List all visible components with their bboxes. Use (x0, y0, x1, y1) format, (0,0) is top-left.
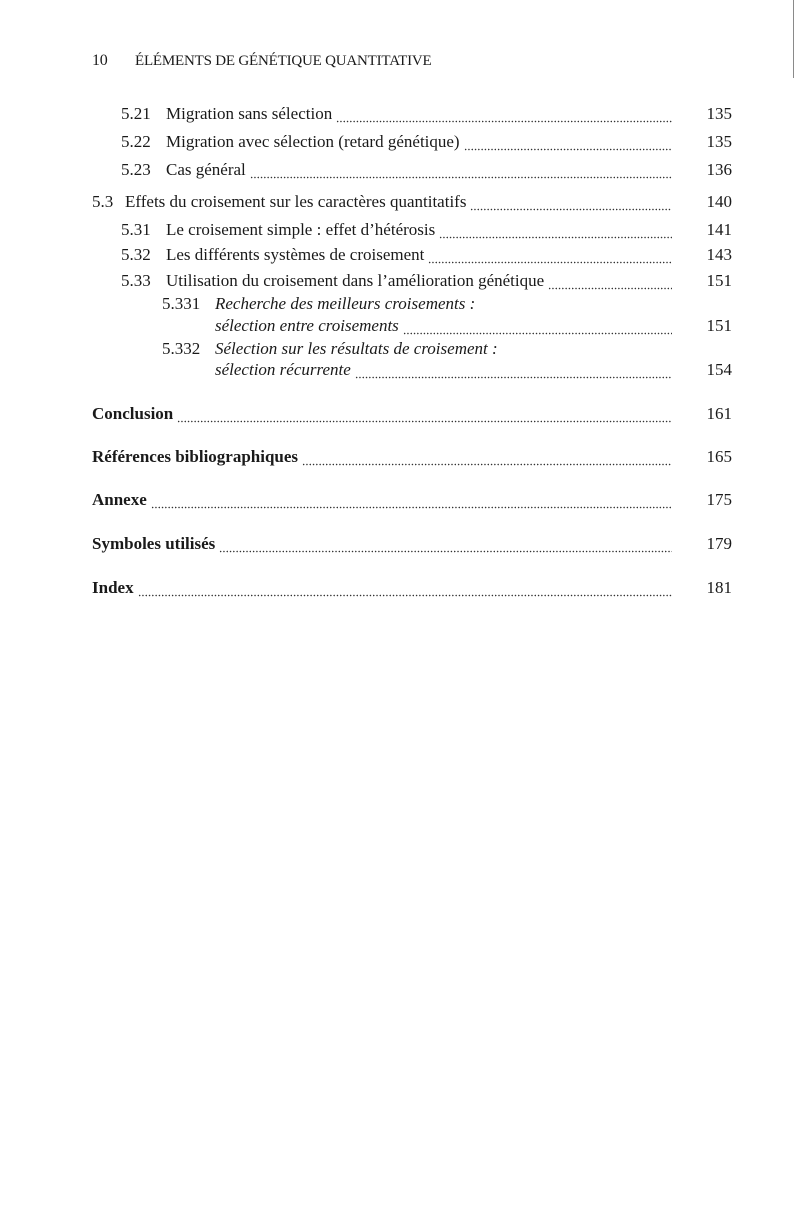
entry-title-continued: sélection récurrente (215, 360, 351, 380)
dot-leader (250, 166, 672, 180)
toc-entry-annexe[interactable]: Annexe 175 (92, 490, 732, 510)
toc-entry[interactable]: 5.33 Utilisation du croisement dans l’am… (121, 271, 732, 291)
entry-page: 161 (704, 404, 732, 424)
toc-entry[interactable]: 5.22 Migration avec sélection (retard gé… (121, 132, 732, 152)
toc-entry[interactable]: 5.23 Cas général 136 (121, 160, 732, 180)
entry-page: 151 (704, 271, 732, 291)
toc-entry-conclusion[interactable]: Conclusion 161 (92, 404, 732, 424)
toc-entry[interactable]: 5.21 Migration sans sélection 135 (121, 104, 732, 124)
entry-page: 135 (704, 132, 732, 152)
entry-title: Effets du croisement sur les caractères … (125, 192, 466, 212)
dot-leader (138, 584, 672, 598)
entry-title: Le croisement simple : effet d’hétérosis (166, 220, 435, 240)
entry-number: 5.3 (92, 192, 125, 212)
entry-title: Index (92, 578, 134, 598)
entry-number: 5.23 (121, 160, 166, 180)
entry-page: 165 (704, 447, 732, 467)
entry-number: 5.31 (121, 220, 166, 240)
entry-page: 143 (704, 245, 732, 265)
entry-page: 136 (704, 160, 732, 180)
entry-title: Sélection sur les résultats de croisemen… (215, 339, 498, 359)
entry-title: Utilisation du croisement dans l’amélior… (166, 271, 544, 291)
toc-entry[interactable]: 5.31 Le croisement simple : effet d’hété… (121, 220, 732, 240)
dot-leader (177, 410, 672, 424)
entry-title: Cas général (166, 160, 246, 180)
entry-page: 179 (704, 534, 732, 554)
dot-leader (302, 453, 672, 467)
entry-page: 135 (704, 104, 732, 124)
running-header: 10Éléments de génétique quantitative (92, 52, 432, 70)
entry-title: Migration sans sélection (166, 104, 332, 124)
dot-leader (219, 540, 672, 554)
entry-page: 175 (704, 490, 732, 510)
toc-entry-symbols[interactable]: Symboles utilisés 179 (92, 534, 732, 554)
entry-page: 140 (704, 192, 732, 212)
entry-title: Conclusion (92, 404, 173, 424)
dot-leader (470, 198, 672, 212)
toc-entry[interactable]: 5.32 Les différents systèmes de croiseme… (121, 245, 732, 265)
entry-number: 5.22 (121, 132, 166, 152)
dot-leader (439, 226, 672, 240)
dot-leader (336, 110, 672, 124)
entry-page: 154 (704, 360, 732, 380)
entry-page: 151 (704, 316, 732, 336)
entry-number: 5.21 (121, 104, 166, 124)
entry-number: 5.32 (121, 245, 166, 265)
toc-entry-references[interactable]: Références bibliographiques 165 (92, 447, 732, 467)
dot-leader (428, 251, 672, 265)
entry-number: 5.332 (162, 339, 215, 359)
entry-title: Les différents systèmes de croisement (166, 245, 424, 265)
dot-leader (151, 496, 672, 510)
entry-number: 5.33 (121, 271, 166, 291)
dot-leader (548, 277, 672, 291)
page-number: 10 (92, 52, 135, 70)
dot-leader (464, 138, 672, 152)
toc-entry-line2[interactable]: sélection entre croisements 151 (215, 316, 732, 336)
book-title: Éléments de génétique quantitative (135, 53, 432, 69)
toc-entry-line2[interactable]: sélection récurrente 154 (215, 360, 732, 380)
entry-title: Références bibliographiques (92, 447, 298, 467)
toc-entry-index[interactable]: Index 181 (92, 578, 732, 598)
dot-leader (355, 366, 672, 380)
dot-leader (403, 322, 672, 336)
toc-entry-line1[interactable]: 5.331 Recherche des meilleurs croisement… (162, 294, 732, 314)
entry-number: 5.331 (162, 294, 215, 314)
entry-title: Migration avec sélection (retard génétiq… (166, 132, 460, 152)
entry-page: 181 (704, 578, 732, 598)
scan-edge-line (793, 0, 794, 78)
entry-title: Symboles utilisés (92, 534, 215, 554)
toc-entry-line1[interactable]: 5.332 Sélection sur les résultats de cro… (162, 339, 732, 359)
entry-title: Annexe (92, 490, 147, 510)
toc-entry[interactable]: 5.3 Effets du croisement sur les caractè… (92, 192, 732, 212)
entry-page: 141 (704, 220, 732, 240)
entry-title: Recherche des meilleurs croisements : (215, 294, 475, 314)
entry-title-continued: sélection entre croisements (215, 316, 399, 336)
